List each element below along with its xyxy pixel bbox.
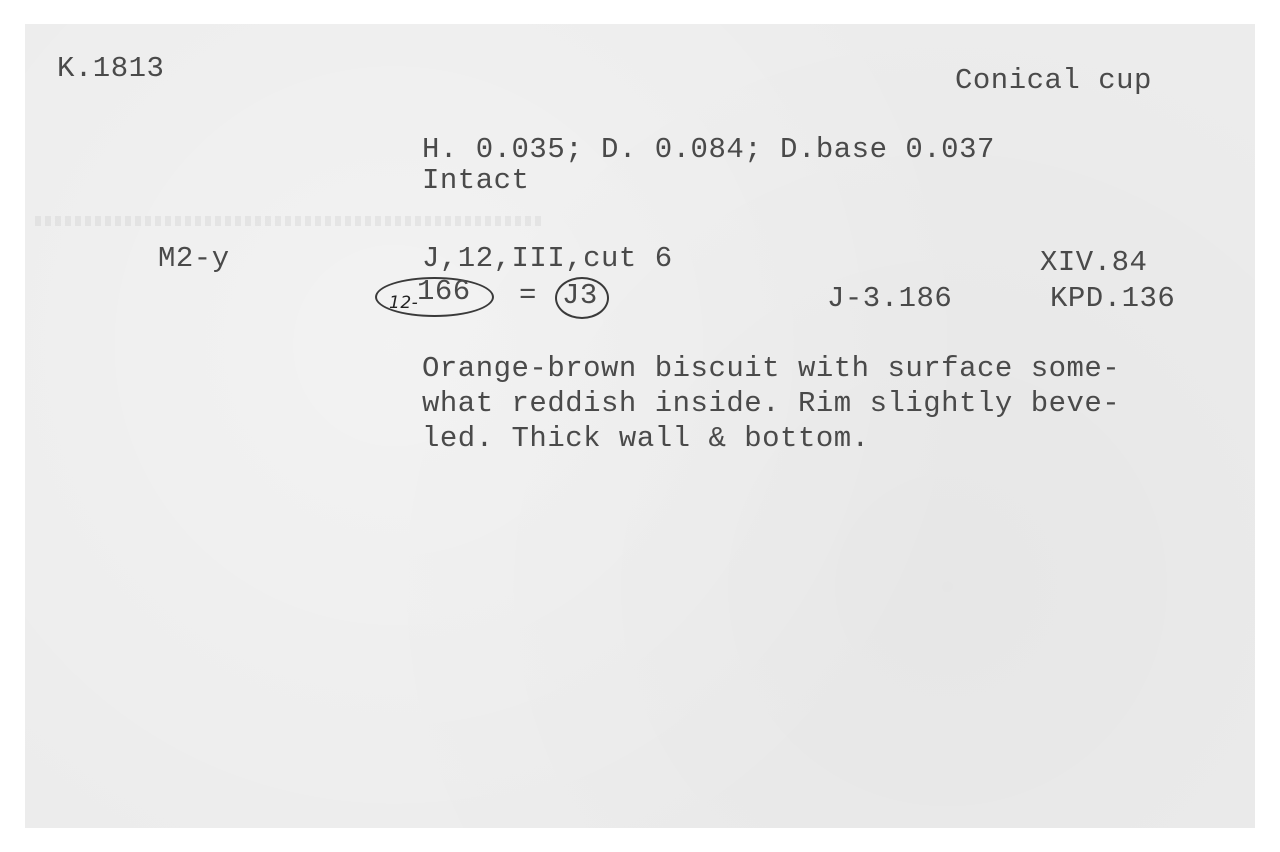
- ref-right-top: XIV.84: [1040, 248, 1147, 277]
- description-line-2: what reddish inside. Rim slightly beve-: [422, 389, 1120, 418]
- dimensions: H. 0.035; D. 0.084; D.base 0.037: [422, 135, 995, 164]
- object-type: Conical cup: [955, 66, 1152, 95]
- circled-ref-2: J3: [562, 281, 598, 310]
- ref-mid: J-3.186: [827, 284, 952, 313]
- catalog-card: K.1813 Conical cup H. 0.035; D. 0.084; D…: [25, 24, 1255, 828]
- faint-show-through-marks: [35, 216, 545, 226]
- ref-right-bottom: KPD.136: [1050, 284, 1175, 313]
- catalog-number: K.1813: [57, 54, 164, 83]
- equals-sign: =: [519, 281, 537, 310]
- context: J,12,III,cut 6: [422, 244, 673, 273]
- circled-ref-number: 166: [417, 277, 471, 306]
- description-line-1: Orange-brown biscuit with surface some-: [422, 354, 1120, 383]
- classification: M2-y: [158, 244, 230, 273]
- condition: Intact: [422, 166, 529, 195]
- handwritten-prefix: 12-: [389, 289, 418, 318]
- description-line-3: led. Thick wall & bottom.: [422, 424, 870, 453]
